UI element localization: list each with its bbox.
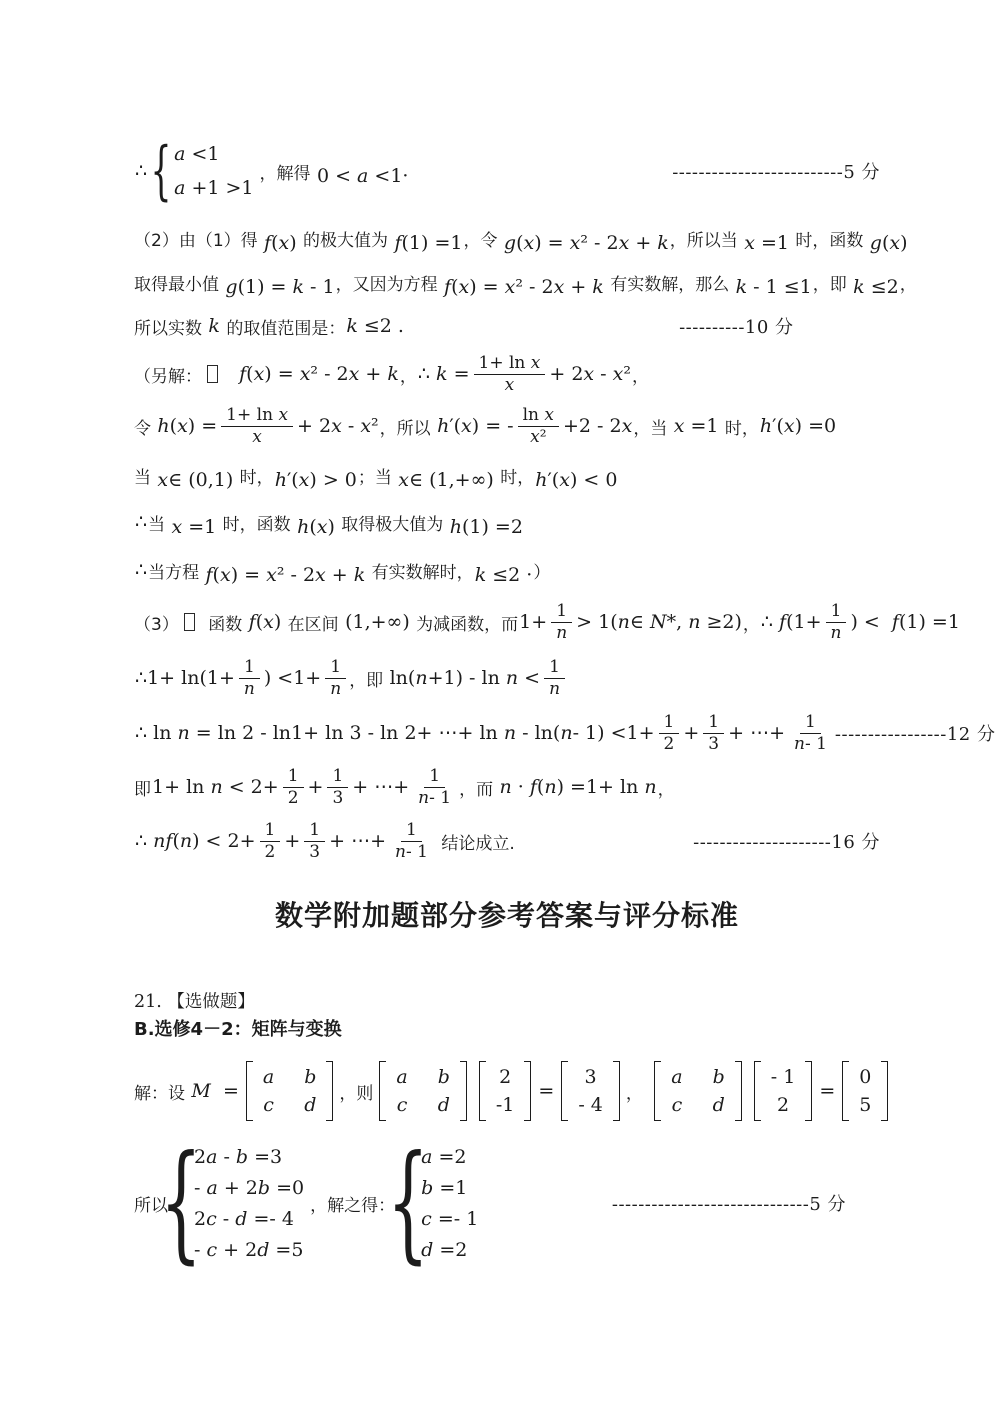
answer-lines-bottom: 解：设 M =abcd，则abcd2-1=3- 4， abcd- 12=05所以… <box>134 1055 880 1271</box>
math-text: n- 1 <box>395 842 428 862</box>
math-variable: x <box>674 415 685 437</box>
math-text: 1 <box>309 820 320 840</box>
line-05: （另解： f(x) = x² - 2x + k，∴ k =1+ ln xx+ 2… <box>134 348 880 400</box>
fraction: 1n <box>325 657 346 699</box>
math-variable: n <box>210 776 222 798</box>
cjk-text: ， <box>626 1079 648 1104</box>
math-variable: b <box>236 1146 248 1168</box>
math-variable: f <box>779 611 786 633</box>
math-text: k ≤2 . <box>346 315 404 337</box>
math-variable: f <box>206 564 213 586</box>
math-text: x <box>252 427 262 447</box>
math-variable: h <box>535 469 547 491</box>
math-variable: n <box>506 667 518 689</box>
matrix-cells: 05 <box>849 1061 881 1121</box>
math-variable: f <box>394 232 401 254</box>
math-text: ∴ f(1+ <box>761 611 822 633</box>
math-variable: d <box>713 1094 725 1116</box>
math-variable: f <box>892 611 899 633</box>
fraction-denominator: x <box>247 427 267 447</box>
math-text: f(x) <box>264 232 297 254</box>
fraction-numerator: 1 <box>239 657 260 678</box>
cases-group: {a <1a +1 >1 <box>153 141 254 201</box>
math-variable: x <box>458 276 469 298</box>
math-variable: k <box>657 232 669 254</box>
math-variable: x <box>278 405 288 425</box>
math-text: ) <1+ <box>264 667 321 689</box>
math-text: x² <box>530 427 546 447</box>
math-text: - a + 2b =0 <box>194 1177 304 1199</box>
matrix-cells: - 12 <box>761 1061 806 1121</box>
line-06: 令 h(x) =1+ ln xx+ 2x - x²，所以 h′(x) = -ln… <box>134 400 880 452</box>
math-text: 1 <box>805 712 816 732</box>
cjk-text: 为减函数，而 <box>411 610 518 635</box>
math-text: ∴ ln n = ln 2 - ln1+ ln 3 - ln 2+ ⋯+ ln … <box>135 722 655 744</box>
math-text: 1 <box>332 766 343 786</box>
math-text: x <box>505 375 515 395</box>
math-variable: d <box>438 1094 450 1116</box>
math-variable: x <box>784 415 795 437</box>
fraction: 1n <box>239 657 260 699</box>
fraction-numerator: 1 <box>544 657 565 678</box>
math-variable: a <box>396 1066 407 1088</box>
math-variable: M <box>191 1080 210 1102</box>
math-variable: d <box>304 1094 316 1116</box>
math-variable: n <box>418 788 429 808</box>
math-text: = <box>538 1080 554 1102</box>
cases-rows: 2a - b =3- a + 2b =02c - d =- 4- c + 2d … <box>193 1146 305 1261</box>
math-text: ∴ k = <box>418 363 470 385</box>
math-text: 2 <box>664 734 675 754</box>
math-text: 1+ ln x <box>226 405 288 425</box>
math-text: x =1 <box>172 516 217 538</box>
fraction: 1n- 1 <box>413 766 456 808</box>
math-text: 2 <box>265 842 276 862</box>
matrix-cell: a <box>395 1066 408 1088</box>
case-row: a +1 >1 <box>173 177 254 199</box>
math-variable: x <box>299 469 310 491</box>
fraction-denominator: n <box>239 679 260 699</box>
math-text: x =1 <box>674 415 719 437</box>
math-variable: n <box>556 623 567 643</box>
line-07: 当 x∈ (0,1) 时，h′(x) > 0；当 x∈ (1,+∞) 时，h′(… <box>134 452 880 498</box>
math-text: f(x) = x² - 2x + k <box>227 363 399 385</box>
fraction-denominator: n <box>826 623 847 643</box>
math-text: 3 <box>332 788 343 808</box>
math-variable: x <box>583 363 594 385</box>
math-variable: n <box>504 722 516 744</box>
cjk-text: ，又因为方程 <box>336 270 443 295</box>
cjk-text: （3） <box>134 610 179 635</box>
fraction-numerator: 1 <box>304 820 325 841</box>
math-text: + 2x - x² <box>297 415 379 437</box>
math-text: 1 <box>330 657 341 677</box>
matrix: 05 <box>842 1061 888 1121</box>
math-variable: n <box>560 722 572 744</box>
matrix-left-bracket <box>842 1061 849 1121</box>
math-variable: c <box>672 1094 683 1116</box>
math-text: b <box>713 1066 725 1088</box>
line-03: 取得最小值 g(1) = k - 1，又因为方程 f(x) = x² - 2x … <box>134 260 880 304</box>
case-row: - c + 2d =5 <box>193 1239 305 1261</box>
math-text: 1+ <box>519 611 547 633</box>
math-variable: k <box>293 276 305 298</box>
math-variable: c <box>397 1094 408 1116</box>
matrix-cell: 2 <box>776 1094 790 1116</box>
math-variable: f <box>165 830 172 852</box>
math-text: k <box>208 315 220 337</box>
fraction-numerator: 1 <box>424 766 445 787</box>
math-text: n <box>556 623 567 643</box>
math-text: (1,+∞) <box>345 611 410 633</box>
cjk-text: ，所以 <box>380 414 436 439</box>
math-variable: x <box>570 232 581 254</box>
math-text: 2a - b =3 <box>194 1146 282 1168</box>
cjk-text: 当方程 <box>148 558 204 583</box>
math-variable: g <box>504 232 516 254</box>
cjk-text: ；当 <box>358 463 397 488</box>
matrix-left-bracket <box>654 1061 661 1121</box>
math-text: 3 <box>708 734 719 754</box>
matrix-right-bracket <box>613 1061 620 1121</box>
matrix-cell: -1 <box>495 1094 516 1116</box>
cjk-text <box>794 316 880 336</box>
math-variable: d <box>235 1208 247 1230</box>
math-variable: a <box>206 1177 217 1199</box>
left-brace-icon: { <box>404 1139 413 1266</box>
math-variable: n <box>395 842 406 862</box>
fraction-denominator: 2 <box>283 788 304 808</box>
matrix-left-bracket <box>379 1061 386 1121</box>
line-04: 所以实数 k 的取值范围是：k ≤2 .----------10 分 <box>134 304 880 348</box>
math-variable: n <box>415 667 427 689</box>
math-variable: k <box>475 564 487 586</box>
matrix: 3- 4 <box>561 1061 620 1121</box>
cjk-text: ，令 <box>463 226 502 251</box>
math-variable: N <box>650 611 667 633</box>
math-text: + <box>284 830 300 852</box>
math-variable: x <box>613 363 624 385</box>
matrix-right-bracket <box>524 1061 531 1121</box>
math-variable: c <box>206 1239 217 1261</box>
math-text: k ≤2 <box>853 276 899 298</box>
math-variable: x <box>331 415 342 437</box>
fraction-denominator: 3 <box>304 842 325 862</box>
fraction: 1n <box>826 601 847 643</box>
math-text: n- 1 <box>418 788 451 808</box>
matrix-cell: 3 <box>584 1066 598 1088</box>
case-row: 2c - d =- 4 <box>193 1208 305 1230</box>
cjk-text: 时，函数 <box>217 510 296 535</box>
score-marker: ----------10 分 <box>679 313 793 339</box>
case-row: a <1 <box>173 143 254 165</box>
matrix-right-bracket <box>460 1061 467 1121</box>
fraction-numerator: 1 <box>551 601 572 622</box>
matrix-cell: d <box>303 1094 317 1116</box>
math-variable: x <box>315 564 326 586</box>
fraction-denominator: n <box>544 679 565 699</box>
matrix-cells: 3- 4 <box>568 1061 613 1121</box>
math-text: n <box>831 623 842 643</box>
math-variable: n <box>180 830 192 852</box>
cjk-text: ） <box>533 558 550 583</box>
matrix-cell: 5 <box>858 1094 872 1116</box>
math-text: g(x) = x² - 2x + k <box>504 232 669 254</box>
math-variable: x <box>263 611 274 633</box>
math-variable: b <box>713 1066 725 1088</box>
fraction: 13 <box>703 712 724 754</box>
matrix-cell: b <box>712 1066 726 1088</box>
math-text: 0 < a <1· <box>317 165 409 187</box>
math-text: n <box>244 679 255 699</box>
cjk-text: （另解： <box>134 362 202 387</box>
fraction-numerator: 1 <box>800 712 821 733</box>
math-variable: x <box>554 276 565 298</box>
cjk-text: ， <box>900 270 917 295</box>
answer-lines-top: ∴{a <1a +1 >1，解得 0 < a <1·--------------… <box>134 136 880 868</box>
cjk-text: ， <box>658 775 675 800</box>
math-text: x∈ (0,1) <box>157 469 233 491</box>
math-variable: a <box>206 1146 217 1168</box>
fraction: 1+ ln xx <box>221 405 293 447</box>
math-variable: x <box>220 564 231 586</box>
matrix: abcd <box>246 1061 334 1121</box>
cjk-text: （2）由（1）得 <box>134 226 263 251</box>
math-text: 1 <box>831 601 842 621</box>
matrix-cell: - 1 <box>770 1066 797 1088</box>
score-marker: -----------------12 分 <box>835 720 996 746</box>
elective-4-2-header: B.选修4－2：矩阵与变换 <box>134 1015 880 1041</box>
document-page: { "colors": {"text": "#1c1c1c", "backgro… <box>0 0 1000 1415</box>
fraction-denominator: 2 <box>260 842 281 862</box>
math-variable: x <box>177 415 188 437</box>
math-variable: b <box>304 1066 316 1088</box>
math-text: g(x) <box>870 232 908 254</box>
math-text: + ⋯+ <box>728 722 785 744</box>
line-10: （3） 函数 f(x) 在区间 (1,+∞) 为减函数，而1+1n> 1(n∈ … <box>134 594 880 650</box>
math-text: d <box>713 1094 725 1116</box>
math-variable: h <box>450 516 462 538</box>
fraction-denominator: n <box>325 679 346 699</box>
math-text: 2 <box>288 788 299 808</box>
line-system: 所以{2a - b =3- a + 2b =02c - d =- 4- c + … <box>134 1135 880 1271</box>
cjk-text: 的极大值为 <box>298 226 394 251</box>
math-text: c =- 1 <box>421 1208 478 1230</box>
math-text: k - 1 ≤1 <box>736 276 812 298</box>
fraction: 13 <box>327 766 348 808</box>
cases-group: {2a - b =3- a + 2b =02c - d =- 4- c + 2d… <box>173 1143 305 1263</box>
math-text: 1 <box>265 820 276 840</box>
math-text: ) < f(1) =1 <box>850 611 959 633</box>
fraction-numerator: 1 <box>401 820 422 841</box>
matrix-right-bracket <box>326 1061 333 1121</box>
math-text: a <box>671 1066 682 1088</box>
math-variable: x <box>530 427 540 447</box>
math-text: ∴1+ ln(1+ <box>135 667 235 689</box>
fraction-denominator: n <box>551 623 572 643</box>
math-variable: k <box>387 363 399 385</box>
cjk-text: 解：设 <box>134 1079 190 1104</box>
fraction-numerator: 1 <box>283 766 304 787</box>
math-variable: g <box>225 276 237 298</box>
math-text: + ⋯+ <box>352 776 409 798</box>
line-11: ∴1+ ln(1+1n) <1+1n，即 ln(n+1) - ln n <1n <box>134 650 880 706</box>
fraction-numerator: 1 <box>327 766 348 787</box>
math-variable: x <box>744 232 755 254</box>
fraction-denominator: 3 <box>327 788 348 808</box>
matrix-cell: 0 <box>858 1066 872 1088</box>
math-text: ln(n+1) - ln n < <box>390 667 541 689</box>
cjk-text: 取得最小值 <box>134 270 224 295</box>
math-variable: x <box>317 516 328 538</box>
fraction-denominator: n- 1 <box>390 842 433 862</box>
math-text: + ⋯+ <box>329 830 386 852</box>
score-marker: ---------------------16 分 <box>693 828 880 854</box>
fraction-numerator: 1 <box>826 601 847 622</box>
math-variable: n <box>831 623 842 643</box>
math-text: + <box>308 776 324 798</box>
matrix: 2-1 <box>479 1061 532 1121</box>
math-text: + <box>683 722 699 744</box>
matrix-cells: abcd <box>386 1061 460 1121</box>
math-variable: n <box>794 734 805 754</box>
matrix: abcd <box>654 1061 742 1121</box>
math-variable: x <box>619 232 630 254</box>
cjk-text: ，解得 <box>260 159 316 184</box>
cjk-text: 当 <box>148 510 170 535</box>
math-variable: x <box>266 564 277 586</box>
cases-group: {a =2b =1c =- 1d =2 <box>400 1143 479 1263</box>
cjk-text: ， <box>743 610 760 635</box>
fraction: 1+ ln xx <box>474 353 546 395</box>
math-text: 1 <box>288 766 299 786</box>
math-variable: a <box>357 165 368 187</box>
math-variable: x <box>157 469 168 491</box>
math-variable: k <box>346 315 358 337</box>
line-13: 即1+ ln n < 2+12+13+ ⋯+1n- 1，而 n · f(n) =… <box>134 760 880 814</box>
line-12: ∴ ln n = ln 2 - ln1+ ln 3 - ln 2+ ⋯+ ln … <box>134 706 880 760</box>
math-variable: x <box>523 232 534 254</box>
matrix-cell: - 4 <box>577 1094 604 1116</box>
fraction: 12 <box>283 766 304 808</box>
matrix-right-bracket <box>881 1061 888 1121</box>
cjk-text: 取得极大值为 <box>336 510 449 535</box>
math-variable: h <box>297 516 309 538</box>
cjk-text: 时， <box>234 463 273 488</box>
cjk-text: ，解之得： <box>310 1191 395 1216</box>
math-variable: n <box>330 679 341 699</box>
math-variable: n <box>244 679 255 699</box>
math-variable: h <box>760 415 772 437</box>
math-variable: k <box>436 363 448 385</box>
math-variable: x <box>505 276 516 298</box>
math-text: 1 <box>429 766 440 786</box>
fraction: 1n <box>551 601 572 643</box>
math-text: 3 <box>309 842 320 862</box>
math-text: 1 <box>406 820 417 840</box>
math-text: f(x) = x² - 2x + k <box>206 564 366 586</box>
math-variable: k <box>853 276 865 298</box>
matrix-cell: d <box>437 1094 451 1116</box>
cjk-text: 令 <box>134 414 156 439</box>
math-text: 2 <box>777 1094 789 1116</box>
math-variable: n <box>688 611 700 633</box>
math-variable: f <box>239 363 246 385</box>
math-text: 2 <box>499 1066 511 1088</box>
fraction-denominator: n- 1 <box>789 734 832 754</box>
math-variable: f <box>249 611 256 633</box>
math-text: -1 <box>496 1094 515 1116</box>
math-variable: h <box>157 415 169 437</box>
math-text: k ≤2 · <box>475 564 533 586</box>
fraction-numerator: 1 <box>703 712 724 733</box>
math-variable: x <box>172 516 183 538</box>
cjk-text: 当 <box>134 463 156 488</box>
math-variable: k <box>736 276 748 298</box>
math-variable: g <box>870 232 882 254</box>
fraction: 13 <box>304 820 325 862</box>
math-text: f(x) = x² - 2x + k <box>444 276 604 298</box>
math-text: - 1 <box>771 1066 796 1088</box>
math-variable: k <box>592 276 604 298</box>
math-text: h′(x) =0 <box>760 415 836 437</box>
fraction: 12 <box>260 820 281 862</box>
math-text: n <box>330 679 341 699</box>
line-14: ∴ nf(n) < 2+12+13+ ⋯+1n- 1 结论成立.--------… <box>134 814 880 868</box>
math-text: - c + 2d =5 <box>194 1239 303 1261</box>
math-text: c <box>263 1094 274 1116</box>
math-variable: a <box>174 143 185 165</box>
math-text: = <box>819 1080 835 1102</box>
matrix-cell: 2 <box>498 1066 512 1088</box>
math-text: h′(x) = - <box>437 415 514 437</box>
math-variable: n <box>644 776 656 798</box>
math-variable: n <box>544 776 556 798</box>
case-row: - a + 2b =0 <box>193 1177 305 1199</box>
fraction: ln xx² <box>518 405 559 447</box>
math-text: 1+ ln x <box>479 353 541 373</box>
matrix-cell: c <box>262 1094 275 1116</box>
left-brace-icon: { <box>157 139 166 203</box>
math-text: x =1 <box>744 232 789 254</box>
math-text: 1 <box>244 657 255 677</box>
math-variable: k <box>354 564 366 586</box>
cjk-text: 有实数解，那么 <box>605 270 735 295</box>
score-marker: ------------------------------5 分 <box>612 1190 846 1216</box>
missing-glyph-box <box>207 365 218 383</box>
fraction-denominator: n- 1 <box>413 788 456 808</box>
math-variable: n <box>178 722 190 744</box>
math-text: 1 <box>549 657 560 677</box>
math-variable: f <box>444 276 451 298</box>
math-text: d <box>438 1094 450 1116</box>
math-text: c <box>397 1094 408 1116</box>
fraction-denominator: x <box>500 375 520 395</box>
document-body: ∴{a <1a +1 >1，解得 0 < a <1·--------------… <box>0 0 1000 1415</box>
missing-glyph-box <box>184 613 195 631</box>
cjk-text: 即 <box>134 775 151 800</box>
math-text: h′(x) < 0 <box>535 469 617 491</box>
matrix-cell: a <box>262 1066 275 1088</box>
line-09: ∴当方程 f(x) = x² - 2x + k 有实数解时，k ≤2 ·） <box>134 546 880 594</box>
cjk-text: ，则 <box>339 1079 373 1104</box>
math-variable: x <box>279 232 290 254</box>
math-text: h(x) <box>297 516 335 538</box>
cjk-text: 所以实数 <box>134 314 207 339</box>
cjk-text: ， <box>632 362 649 387</box>
math-text: n · f(n) =1+ ln n <box>500 776 657 798</box>
matrix: - 12 <box>754 1061 813 1121</box>
